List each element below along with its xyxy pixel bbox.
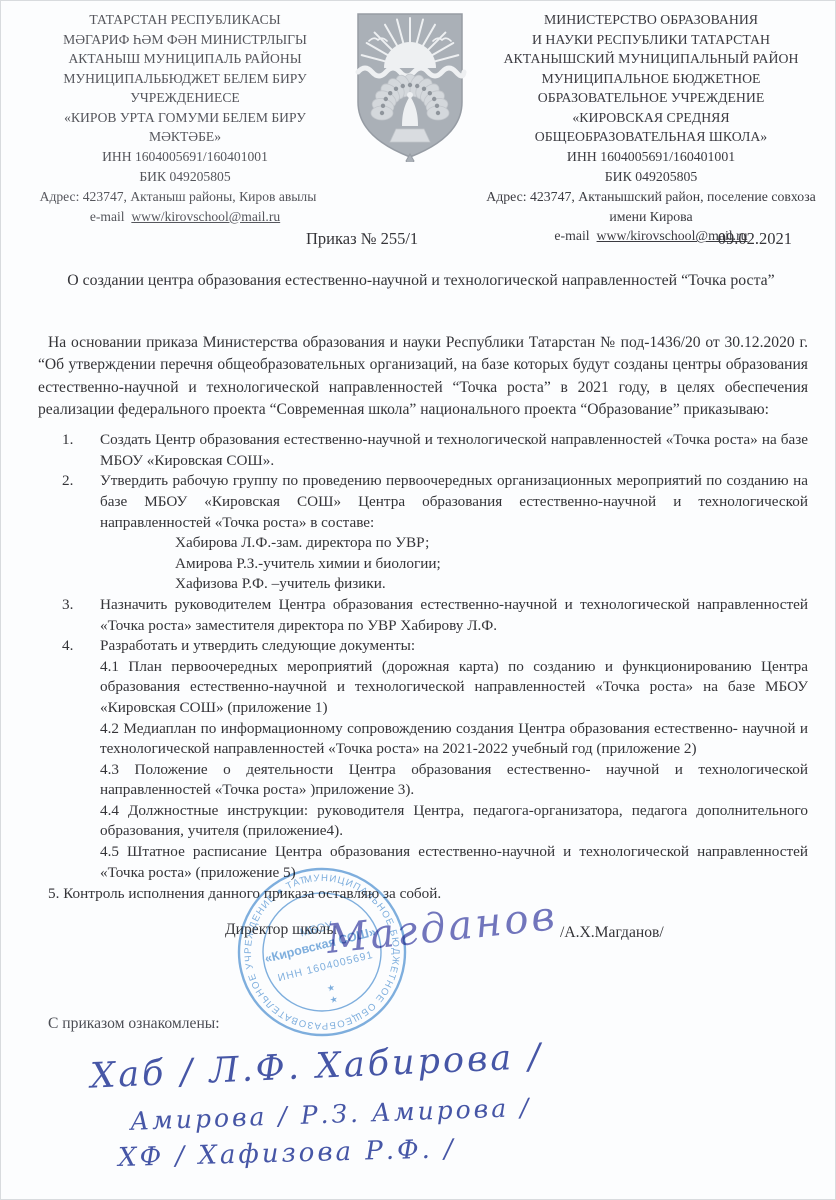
letterhead-line: «КИРОВ УРТА ГОМУМИ БЕЛЕМ БИРУ [22, 108, 348, 128]
coat-of-arms-icon [348, 10, 472, 246]
item-number: 4. [38, 636, 100, 883]
item-text: Назначить руководителем Центра образован… [100, 595, 808, 636]
order-number: Приказ № 255/1 [306, 229, 418, 249]
subitem-text: 4.4 Должностные инструкции: руководителя… [100, 801, 808, 842]
letterhead-line: БИК 049205805 [472, 167, 830, 187]
order-preamble: На основании приказа Министерства образо… [38, 332, 808, 421]
subitem-text: 4.5 Штатное расписание Центра образовани… [100, 842, 808, 883]
letterhead-line: АКТАНЫШ МУНИЦИПАЛЬ РАЙОНЫ [22, 49, 348, 69]
email-label: e-mail [90, 209, 125, 224]
letterhead-left-tatar: ТАТАРСТАН РЕСПУБЛИКАСЫМӘГАРИФ ҺӘМ ФӘН МИ… [22, 10, 348, 246]
signer-role: Директор школы [225, 921, 337, 938]
order-item-5: 5. Контроль исполнения данного приказа о… [38, 884, 808, 905]
letterhead-right-russian: МИНИСТЕРСТВО ОБРАЗОВАНИЯИ НАУКИ РЕСПУБЛИ… [472, 10, 830, 246]
item-text-main: Разработать и утвердить следующие докуме… [100, 637, 415, 654]
order-item-2: 2. Утвердить рабочую группу по проведени… [38, 471, 808, 595]
email-address: www/kirovschool@mail.ru [131, 209, 280, 224]
letterhead-line: ИНН 1604005691/160401001 [472, 147, 830, 167]
letterhead-line: И НАУКИ РЕСПУБЛИКИ ТАТАРСТАН [472, 30, 830, 50]
scanned-order-document: ТАТАРСТАН РЕСПУБЛИКАСЫМӘГАРИФ ҺӘМ ФӘН МИ… [0, 0, 836, 1200]
order-number-line: Приказ № 255/1 09.02.2021 [38, 229, 792, 249]
member-line: Амирова Р.З.-учитель химии и биологии; [175, 554, 808, 575]
letterhead: ТАТАРСТАН РЕСПУБЛИКАСЫМӘГАРИФ ҺӘМ ФӘН МИ… [22, 10, 830, 246]
letterhead-line: МИНИСТЕРСТВО ОБРАЗОВАНИЯ [472, 10, 830, 30]
subitem-text: 4.2 Медиаплан по информационному сопрово… [100, 719, 808, 760]
letterhead-line: ОБРАЗОВАТЕЛЬНОЕ УЧРЕЖДЕНИЕ [472, 88, 830, 108]
order-item-1: 1. Создать Центр образования естественно… [38, 430, 808, 471]
signer-name: /А.Х.Магданов/ [560, 924, 664, 942]
item-text: Утвердить рабочую группу по проведению п… [100, 471, 808, 595]
order-date: 09.02.2021 [718, 229, 792, 249]
item-4-subitems: 4.1 План первоочередных мероприятий (дор… [100, 657, 808, 884]
order-body: На основании приказа Министерства образо… [38, 332, 808, 1164]
working-group-members: Хабирова Л.Ф.-зам. директора по УВР;Амир… [100, 533, 808, 595]
order-subject: О создании центра образования естественн… [40, 270, 802, 292]
letterhead-right-lines: МИНИСТЕРСТВО ОБРАЗОВАНИЯИ НАУКИ РЕСПУБЛИ… [472, 10, 830, 186]
item-number: 3. [38, 595, 100, 636]
letterhead-right-address: Адрес: 423747, Актанышский район, поселе… [472, 187, 830, 226]
subitem-text: 4.1 План первоочередных мероприятий (дор… [100, 657, 808, 719]
order-item-3: 3. Назначить руководителем Центра образо… [38, 595, 808, 636]
member-line: Хафизова Р.Ф. –учитель физики. [175, 574, 808, 595]
letterhead-line: АКТАНЫШСКИЙ МУНИЦИПАЛЬНЫЙ РАЙОН [472, 49, 830, 69]
order-items: 1. Создать Центр образования естественно… [38, 430, 808, 905]
letterhead-line: МӘГАРИФ ҺӘМ ФӘН МИНИСТРЛЫГЫ [22, 30, 348, 50]
item-text: Создать Центр образования естественно-на… [100, 430, 808, 471]
item-text: Разработать и утвердить следующие докуме… [100, 636, 808, 883]
letterhead-line: БИК 049205805 [22, 167, 348, 187]
letterhead-left-email-line: e-mail www/kirovschool@mail.ru [22, 207, 348, 227]
signature-block: Директор школы Магданов /А.Х.Магданов/ [38, 921, 808, 955]
letterhead-line: «КИРОВСКАЯ СРЕДНЯЯ [472, 108, 830, 128]
letterhead-line: МӘКТӘБЕ» [22, 127, 348, 147]
letterhead-line: МУНИЦИПАЛЬНОЕ БЮДЖЕТНОЕ [472, 69, 830, 89]
member-line: Хабирова Л.Ф.-зам. директора по УВР; [175, 533, 808, 554]
letterhead-line: ИНН 1604005691/160401001 [22, 147, 348, 167]
subitem-text: 4.3 Положение о деятельности Центра обра… [100, 760, 808, 801]
letterhead-line: ТАТАРСТАН РЕСПУБЛИКАСЫ [22, 10, 348, 30]
item-text-main: Утвердить рабочую группу по проведению п… [100, 472, 808, 530]
letterhead-line: ОБЩЕОБРАЗОВАТЕЛЬНАЯ ШКОЛА» [472, 127, 830, 147]
item-number: 2. [38, 471, 100, 595]
item-number: 1. [38, 430, 100, 471]
letterhead-left-lines: ТАТАРСТАН РЕСПУБЛИКАСЫМӘГАРИФ ҺӘМ ФӘН МИ… [22, 10, 348, 186]
letterhead-line: МУНИЦИПАЛЬБЮДЖЕТ БЕЛЕМ БИРУ [22, 69, 348, 89]
handwritten-signature-khabirova: Хаб / Л.Ф. Хабирова / [89, 1025, 808, 1096]
letterhead-line: УЧРЕЖДЕНИЕСЕ [22, 88, 348, 108]
order-item-4: 4. Разработать и утвердить следующие док… [38, 636, 808, 883]
letterhead-left-address: Адрес: 423747, Актаныш районы, Киров авы… [8, 187, 348, 207]
